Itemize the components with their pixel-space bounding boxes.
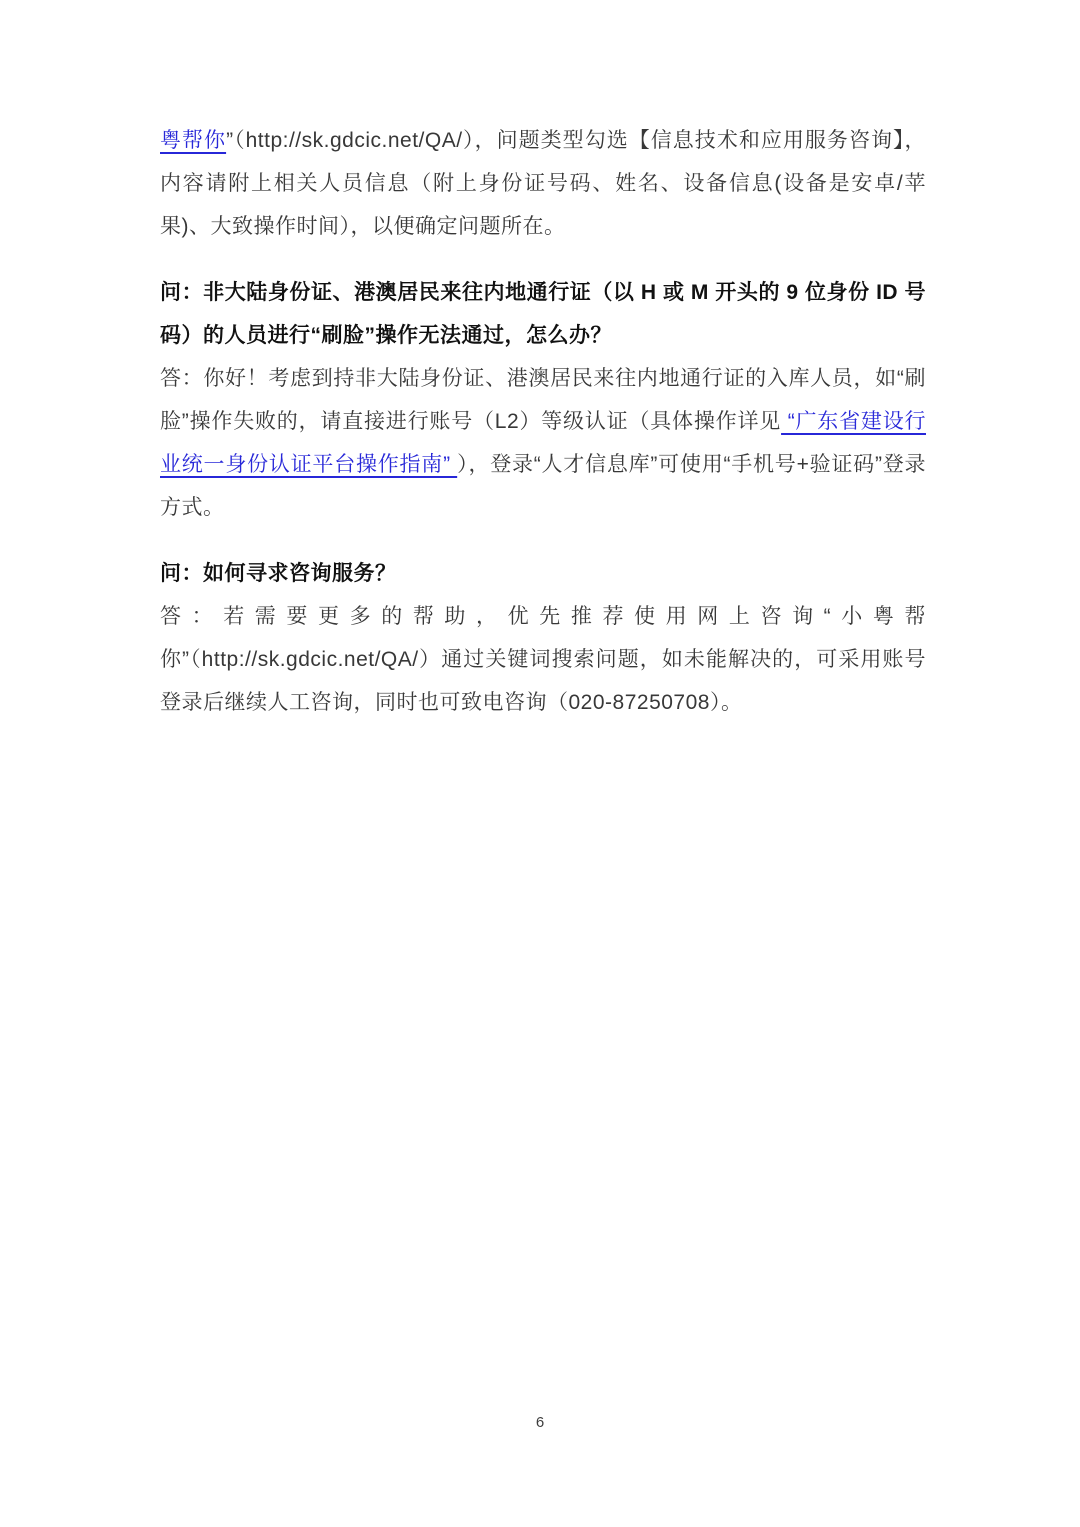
text-run: ”（http://sk.gdcic.net/QA/），问题类型勾选【信息技术和应… <box>160 129 926 238</box>
text-run: 答：若需要更多的帮助，优先推荐使用网上咨询“小粤帮你”（http://sk.gd… <box>160 605 926 714</box>
page-number: 6 <box>0 1412 1080 1434</box>
document-page: 粤帮你”（http://sk.gdcic.net/QA/），问题类型勾选【信息技… <box>0 0 1080 1527</box>
para-answer-2: 答：若需要更多的帮助，优先推荐使用网上咨询“小粤帮你”（http://sk.gd… <box>160 595 926 724</box>
text-run: 问：非大陆身份证、港澳居民来往内地通行证（以 H 或 M 开头的 9 位身份 I… <box>160 281 926 347</box>
document-body: 粤帮你”（http://sk.gdcic.net/QA/），问题类型勾选【信息技… <box>160 119 926 724</box>
para-question-1: 问：非大陆身份证、港澳居民来往内地通行证（以 H 或 M 开头的 9 位身份 I… <box>160 271 926 357</box>
para-question-2: 问：如何寻求咨询服务？ <box>160 552 926 595</box>
link-xiaoyue-bangni[interactable]: 粤帮你 <box>160 129 226 152</box>
text-run: 问：如何寻求咨询服务？ <box>160 562 397 585</box>
para-intro-continuation: 粤帮你”（http://sk.gdcic.net/QA/），问题类型勾选【信息技… <box>160 119 926 248</box>
para-answer-1: 答：你好！考虑到持非大陆身份证、港澳居民来往内地通行证的入库人员，如“刷脸”操作… <box>160 357 926 529</box>
